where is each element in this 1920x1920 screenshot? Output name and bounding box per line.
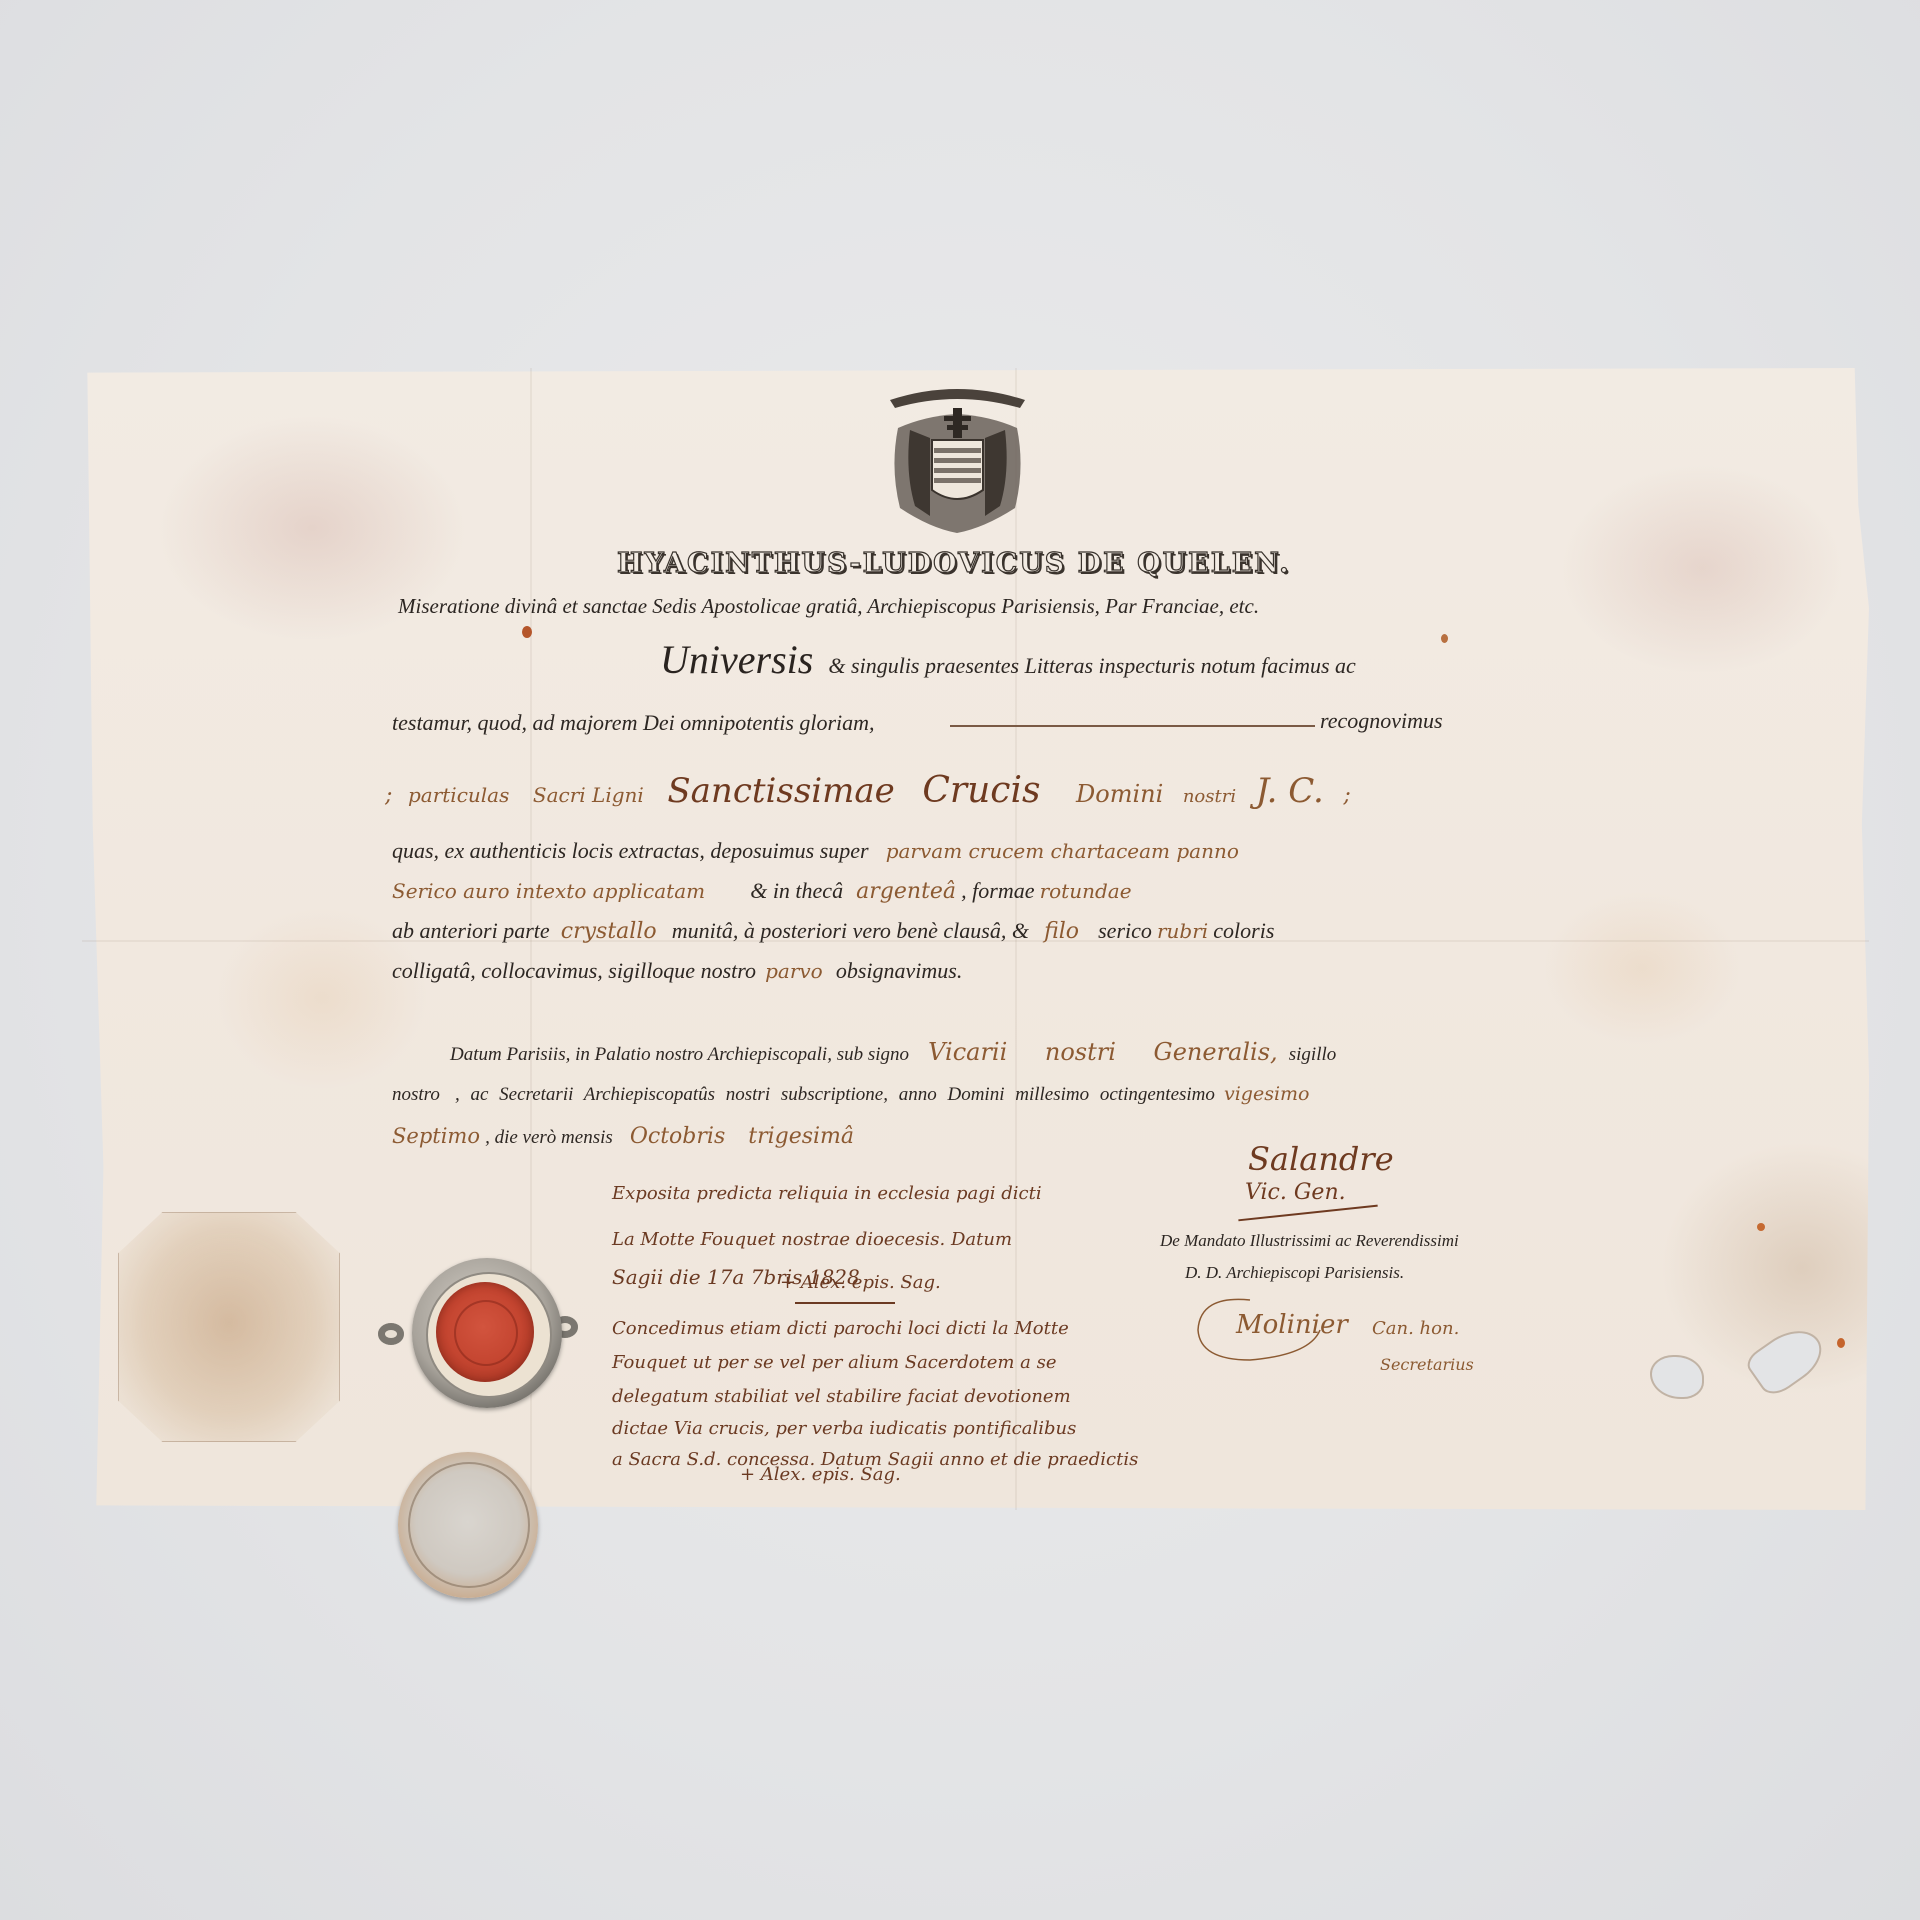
annotation-note-1-line-1: Exposita predicta reliquia in ecclesia p… — [612, 1183, 1042, 1204]
reliquary-lid — [398, 1452, 538, 1598]
annotation-note-2-line-4: dictae Via crucis, per verba iudicatis p… — [612, 1418, 1076, 1439]
reliquary-lug-left — [378, 1323, 404, 1345]
dating-line-1: Datum Parisiis, in Palatio nostro Archie… — [450, 1038, 1336, 1066]
mandate-line-2: D. D. Archiepiscopi Parisiensis. — [1185, 1263, 1404, 1283]
dating-line-3: Septimo , die verò mensis Octobris trige… — [392, 1124, 854, 1149]
signature-molinier: Molinier — [1236, 1310, 1348, 1340]
faded-seal-imprint — [118, 1212, 340, 1442]
relic-name-line: ; particulas Sacri Ligni Sanctissimae Cr… — [385, 770, 1351, 811]
signature-secretarius: Secretarius — [1380, 1355, 1474, 1374]
red-wax-seal — [436, 1282, 534, 1382]
blank-fill-line — [950, 725, 1315, 727]
signature-can-hon: Can. hon. — [1372, 1318, 1459, 1339]
mandate-line-1: De Mandato Illustrissimi ac Reverendissi… — [1160, 1231, 1459, 1251]
body-line-7: colligatâ, collocavimus, sigilloque nost… — [392, 958, 962, 984]
annotation-note-2-line-2: Fouquet ut per se vel per alium Sacerdot… — [612, 1352, 1057, 1373]
annotation-note-1-line-2: La Motte Fouquet nostrae dioecesis. Datu… — [612, 1229, 1012, 1250]
annotation-note-2-line-1: Concedimus etiam dicti parochi loci dict… — [612, 1318, 1069, 1339]
body-line-2-end: recognovimus — [1320, 708, 1443, 734]
annotation-note-2-line-3: delegatum stabiliat vel stabilire faciat… — [612, 1386, 1071, 1407]
rust-spot — [1441, 634, 1448, 643]
issuer-subtitle: Miseratione divinâ et sanctae Sedis Apos… — [398, 594, 1259, 619]
issuer-title: HYACINTHUS-LUDOVICUS DE QUELEN. — [617, 548, 1291, 579]
annotation-signature-2: + Alex. epis. Sag. — [740, 1464, 901, 1485]
body-line-2: testamur, quod, ad majorem Dei omnipoten… — [392, 710, 875, 736]
body-line-4: quas, ex authenticis locis extractas, de… — [392, 838, 1239, 864]
body-line-1: Universis & singulis praesentes Litteras… — [660, 636, 1356, 683]
coat-of-arms-icon — [870, 378, 1045, 538]
relic-sanctissimae: Sanctissimae — [667, 771, 894, 811]
body-line-6: ab anteriori parte crystallo munitâ, à p… — [392, 918, 1274, 944]
universis-lead: Universis — [660, 637, 813, 682]
rust-spot — [1757, 1223, 1765, 1231]
signature-vic-gen: Vic. Gen. — [1245, 1180, 1346, 1205]
signature-salandre: Salandre — [1248, 1140, 1394, 1178]
silver-reliquary — [412, 1258, 562, 1408]
relic-crucis: Crucis — [922, 770, 1040, 811]
annotation-signature-1: + Alex. epis. Sag. — [780, 1272, 941, 1293]
rust-spot — [1837, 1338, 1845, 1348]
rust-spot — [522, 626, 532, 638]
body-line-5: Serico auro intexto applicatam & in thec… — [392, 878, 1132, 904]
line1-rest: & singulis praesentes Litteras inspectur… — [828, 653, 1355, 678]
dating-line-2: nostro , ac Secretarii Archiepiscopatûs … — [392, 1083, 1310, 1106]
signature-underline — [795, 1302, 895, 1304]
